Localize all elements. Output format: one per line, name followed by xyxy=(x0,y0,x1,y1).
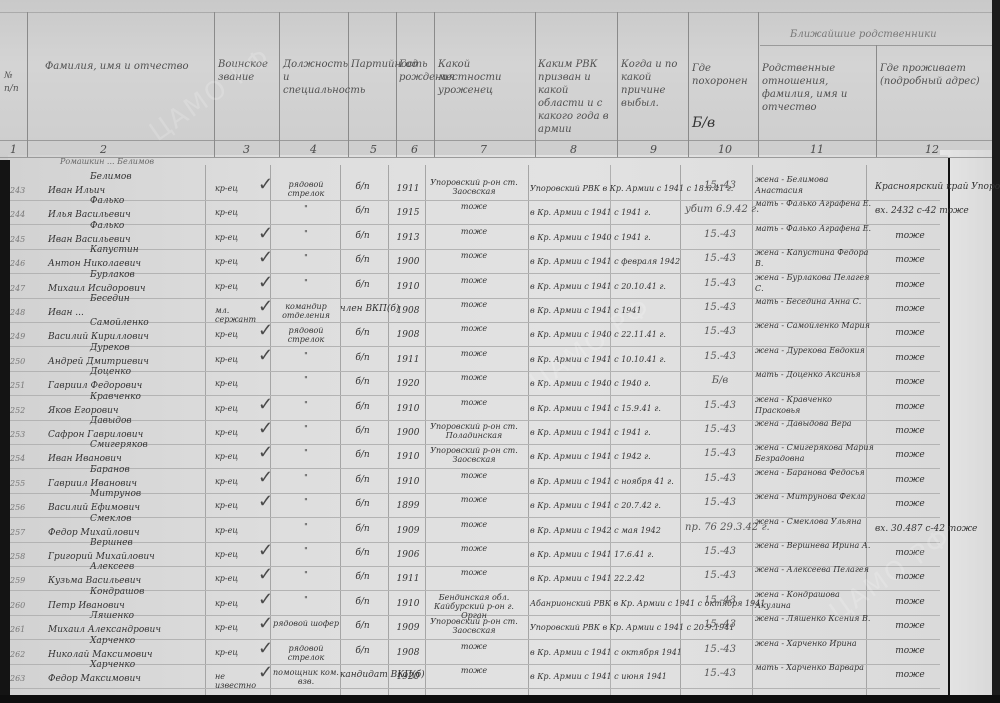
address: тоже xyxy=(875,621,945,631)
row-number: 251 xyxy=(10,381,44,390)
date-and-reason-of-loss: Б/в xyxy=(685,375,755,386)
surname: Смигеряков xyxy=(90,440,148,450)
birthplace: тоже xyxy=(420,324,528,333)
birthplace: тоже xyxy=(420,495,528,504)
next-of-kin: жена - Харченко Ирина xyxy=(755,638,875,649)
address: тоже xyxy=(875,450,945,460)
birthplace: тоже xyxy=(420,568,528,577)
given-name-patronymic: Иван Иванович xyxy=(48,454,122,464)
address: тоже xyxy=(875,402,945,412)
birthplace: тоже xyxy=(420,300,528,309)
conscription-info: Упоровский РВК в Кр. Армии с 1941 с 18.6… xyxy=(530,184,680,193)
position: " xyxy=(272,278,340,287)
checkmark: ✓ xyxy=(258,320,273,341)
col-8-header: Каким РВК призван и какой области и с ка… xyxy=(538,58,616,136)
date-and-reason-of-loss: 15.-43 xyxy=(685,668,755,679)
birthplace: Бендинская обл. Кайбурский р-он г. Орган xyxy=(420,593,528,620)
checkmark: ✓ xyxy=(258,564,273,585)
row-number: 263 xyxy=(10,674,44,683)
military-rank: кр-ец xyxy=(215,477,263,486)
birthplace: тоже xyxy=(420,276,528,285)
checkmark: ✓ xyxy=(258,223,273,244)
col-divider xyxy=(27,12,28,157)
surname: Капустин xyxy=(90,245,139,255)
address: тоже xyxy=(875,670,945,680)
row-number: 253 xyxy=(10,430,44,439)
row-number: 259 xyxy=(10,576,44,585)
given-name-patronymic: Гавриил Иванович xyxy=(48,479,137,489)
date-and-reason-of-loss: 15.-43 xyxy=(685,278,755,289)
checkmark: ✓ xyxy=(258,418,273,439)
row-divider xyxy=(10,688,940,689)
military-rank: кр-ец xyxy=(215,648,263,657)
given-name-patronymic: Василий Кириллович xyxy=(48,332,149,342)
position: " xyxy=(272,351,340,360)
conscription-info: в Кр. Армии с 1941 с 1942 г. xyxy=(530,452,680,461)
party-membership: б/п xyxy=(340,255,385,265)
position: " xyxy=(272,253,340,262)
row-number: 257 xyxy=(10,528,44,537)
conscription-info: в Кр. Армии с 1941 с 1941 xyxy=(530,306,680,315)
party-membership: б/п xyxy=(340,280,385,290)
checkmark: ✓ xyxy=(258,467,273,488)
col-divider xyxy=(434,12,435,157)
address: тоже xyxy=(875,426,945,436)
date-and-reason-of-loss: 15.-43 xyxy=(685,448,755,459)
conscription-info: в Кр. Армии с 1941 22.2.42 xyxy=(530,574,680,583)
surname: Харченко xyxy=(90,636,135,646)
party-membership: б/п xyxy=(340,646,385,656)
col-divider xyxy=(396,12,397,157)
row-number: 244 xyxy=(10,210,44,219)
col-2-header: Фамилия, имя и отчество xyxy=(45,60,205,73)
surname: Фалько xyxy=(90,196,124,206)
col-4-header: Должность и специальность xyxy=(283,58,347,97)
conscription-info: в Кр. Армии с 1942 с мая 1942 xyxy=(530,526,680,535)
given-name-patronymic: Иван Васильевич xyxy=(48,235,131,245)
given-name-patronymic: Иван Ильич xyxy=(48,186,105,196)
next-of-kin: мать - Фалько Аграфена Е. xyxy=(755,223,875,234)
party-membership: б/п xyxy=(340,621,385,631)
checkmark: ✓ xyxy=(258,174,273,195)
col-10-header-note: Б/в xyxy=(692,115,715,131)
checkmark: ✓ xyxy=(258,662,273,683)
col-number: 10 xyxy=(718,143,732,156)
party-membership: б/п xyxy=(340,206,385,216)
conscription-info: в Кр. Армии с 1941 с 20.10.41 г. xyxy=(530,282,680,291)
next-of-kin: жена - Смигерякова Мария Безрадовна xyxy=(755,442,875,464)
row-number: 245 xyxy=(10,235,44,244)
col-divider xyxy=(758,12,759,157)
conscription-info: в Кр. Армии с 1941 17.6.41 г. xyxy=(530,550,680,559)
next-of-kin: жена - Баранова Федосья xyxy=(755,467,875,478)
checkmark: ✓ xyxy=(258,394,273,415)
conscription-info: в Кр. Армии с 1941 с 20.7.42 г. xyxy=(530,501,680,510)
top-row-fragment: Ромашкин ... Белимов xyxy=(60,157,154,166)
surname: Беседин xyxy=(90,294,130,304)
birthplace: тоже xyxy=(420,373,528,382)
birthplace: Упоровский р-он ст. Заосвская xyxy=(420,178,528,196)
party-membership: член ВКП(б) xyxy=(340,304,385,314)
col-number: 5 xyxy=(370,143,377,156)
birthplace: тоже xyxy=(420,251,528,260)
military-rank: кр-ец xyxy=(215,233,263,242)
col-divider xyxy=(617,12,618,157)
military-rank: кр-ец xyxy=(215,330,263,339)
position: рядовой стрелок xyxy=(272,180,340,198)
row-number: 256 xyxy=(10,503,44,512)
position: " xyxy=(272,448,340,457)
row-number: 254 xyxy=(10,454,44,463)
position: " xyxy=(272,595,340,604)
party-membership: б/п xyxy=(340,450,385,460)
next-of-kin: мать - Доценко Аксинья xyxy=(755,369,875,380)
birthplace: тоже xyxy=(420,349,528,358)
next-of-kin: жена - Дурекова Евдокия xyxy=(755,345,875,356)
surname: Смеклов xyxy=(90,514,131,524)
col-number: 6 xyxy=(411,143,418,156)
table-row: 263ХарченкоФедор Максимовичне известно✓п… xyxy=(10,666,940,690)
party-membership: б/п xyxy=(340,597,385,607)
party-membership: б/п xyxy=(340,548,385,558)
row-number: 243 xyxy=(10,186,44,195)
given-name-patronymic: Сафрон Гаврилович xyxy=(48,430,143,440)
address: тоже xyxy=(875,231,945,241)
col-divider xyxy=(279,12,280,157)
military-rank: кр-ец xyxy=(215,404,263,413)
surname: Самойленко xyxy=(90,318,149,328)
party-membership: б/п xyxy=(340,402,385,412)
conscription-info: Абанрионский РВК в Кр. Армии с 1941 с ок… xyxy=(530,599,680,608)
next-of-kin: жена - Давыдова Вера xyxy=(755,418,875,429)
row-number: 261 xyxy=(10,625,44,634)
checkmark: ✓ xyxy=(258,272,273,293)
conscription-info: в Кр. Армии с 1941 с октября 1941 xyxy=(530,648,680,657)
checkmark: ✓ xyxy=(258,345,273,366)
military-rank: кр-ец xyxy=(215,452,263,461)
birthplace: тоже xyxy=(420,544,528,553)
military-rank: кр-ец xyxy=(215,623,263,632)
group-label-relatives: Ближайшие родственники xyxy=(790,28,980,41)
row-number: 252 xyxy=(10,406,44,415)
row-number: 260 xyxy=(10,601,44,610)
given-name-patronymic: Яков Егорович xyxy=(48,406,119,416)
position: " xyxy=(272,522,340,531)
checkmark: ✓ xyxy=(258,589,273,610)
birthplace: тоже xyxy=(420,642,528,651)
row-number: 247 xyxy=(10,284,44,293)
military-rank: кр-ец xyxy=(215,257,263,266)
address: тоже xyxy=(875,475,945,485)
surname: Дуреков xyxy=(90,343,130,353)
col-number: 8 xyxy=(570,143,577,156)
date-and-reason-of-loss: 15.-43 xyxy=(685,497,755,508)
position: рядовой стрелок xyxy=(272,644,340,662)
address: тоже xyxy=(875,304,945,314)
conscription-info: в Кр. Армии с 1941 с 15.9.41 г. xyxy=(530,404,680,413)
military-rank: кр-ец xyxy=(215,526,263,535)
position: рядовой шофер xyxy=(272,619,340,628)
party-membership: б/п xyxy=(340,499,385,509)
date-and-reason-of-loss: 15.-43 xyxy=(685,570,755,581)
surname: Ляшенко xyxy=(90,611,134,621)
given-name-patronymic: Михаил Александрович xyxy=(48,625,161,635)
col-divider xyxy=(688,12,689,157)
surname: Митрунов xyxy=(90,489,141,499)
address: тоже xyxy=(875,646,945,656)
date-and-reason-of-loss: 15.-43 xyxy=(685,644,755,655)
given-name-patronymic: Антон Николаевич xyxy=(48,259,141,269)
given-name-patronymic: Федор Михайлович xyxy=(48,528,140,538)
address: тоже xyxy=(875,328,945,338)
next-of-kin: жена - Алексеева Пелагея xyxy=(755,564,875,575)
conscription-info: в Кр. Армии с 1941 с июня 1941 xyxy=(530,672,680,681)
birthplace: тоже xyxy=(420,227,528,236)
surname: Давыдов xyxy=(90,416,132,426)
col-number: 12 xyxy=(925,143,939,156)
surname: Алексеев xyxy=(90,562,134,572)
date-and-reason-of-loss: 15.-43 xyxy=(685,180,755,191)
next-of-kin: мать - Фалько Аграфена Е. xyxy=(755,198,875,209)
surname: Белимов xyxy=(90,172,132,182)
address: тоже xyxy=(875,377,945,387)
date-and-reason-of-loss: 15.-43 xyxy=(685,302,755,313)
military-rank: мл. сержант xyxy=(215,306,263,324)
military-rank: кр-ец xyxy=(215,574,263,583)
next-of-kin: жена - Самойленко Мария xyxy=(755,320,875,331)
birthplace: Упоровский р-он ст. Заосвская xyxy=(420,446,528,464)
birthplace: Упоровский р-он ст. Заосвская xyxy=(420,617,528,635)
given-name-patronymic: Кузьма Васильевич xyxy=(48,576,141,586)
surname: Фалько xyxy=(90,221,124,231)
surname: Кравченко xyxy=(90,392,141,402)
address: тоже xyxy=(875,499,945,509)
next-of-kin: мать - Беседина Анна С. xyxy=(755,296,875,307)
date-and-reason-of-loss: 15.-43 xyxy=(685,473,755,484)
conscription-info: в Кр. Армии с 1941 с 1941 г. xyxy=(530,428,680,437)
row-number: 248 xyxy=(10,308,44,317)
military-rank: кр-ец xyxy=(215,208,263,217)
party-membership: б/п xyxy=(340,231,385,241)
party-membership: б/п xyxy=(340,353,385,363)
next-of-kin: жена - Бурлакова Пелагея С. xyxy=(755,272,875,294)
party-membership: б/п xyxy=(340,572,385,582)
position: командир отделения xyxy=(272,302,340,320)
conscription-info: в Кр. Армии с 1940 с 1941 г. xyxy=(530,233,680,242)
row-number: 249 xyxy=(10,332,44,341)
checkmark: ✓ xyxy=(258,442,273,463)
position: " xyxy=(272,229,340,238)
conscription-info: в Кр. Армии с 1941 с февраля 1942 xyxy=(530,257,680,266)
next-of-kin: жена - Смеклова Ульяна xyxy=(755,516,875,527)
date-and-reason-of-loss: убит 6.9.42 г. xyxy=(685,204,755,215)
military-rank: не известно xyxy=(215,672,263,690)
surname: Кондрашов xyxy=(90,587,144,597)
birthplace: тоже xyxy=(420,666,528,675)
checkmark: ✓ xyxy=(258,540,273,561)
col-number: 1 xyxy=(10,143,17,156)
given-name-patronymic: Гавриил Федорович xyxy=(48,381,142,391)
birthplace: тоже xyxy=(420,520,528,529)
position: " xyxy=(272,497,340,506)
given-name-patronymic: Андрей Дмитриевич xyxy=(48,357,149,367)
date-and-reason-of-loss: 15.-43 xyxy=(685,424,755,435)
row-number: 255 xyxy=(10,479,44,488)
birthplace: тоже xyxy=(420,202,528,211)
party-membership: б/п xyxy=(340,426,385,436)
given-name-patronymic: Илья Васильевич xyxy=(48,210,131,220)
surname: Доценко xyxy=(90,367,131,377)
checkmark: ✓ xyxy=(258,296,273,317)
col-divider xyxy=(535,12,536,157)
given-name-patronymic: Михаил Исидорович xyxy=(48,284,145,294)
given-name-patronymic: Иван ... xyxy=(48,308,84,318)
military-rank: кр-ец xyxy=(215,379,263,388)
conscription-info: Упоровский РВК в Кр. Армии с 1941 с 20.9… xyxy=(530,623,680,632)
col-1-header: № п/п xyxy=(4,70,24,96)
date-and-reason-of-loss: 15.-43 xyxy=(685,619,755,630)
checkmark: ✓ xyxy=(258,247,273,268)
date-and-reason-of-loss: 15.-43 xyxy=(685,351,755,362)
position: " xyxy=(272,375,340,384)
position: рядовой стрелок xyxy=(272,326,340,344)
next-of-kin: жена - Белимова Анастасия xyxy=(755,174,875,196)
address: Красноярский край Упоровский ст. Заосвск… xyxy=(875,182,945,192)
military-rank: кр-ец xyxy=(215,501,263,510)
next-of-kin: жена - Вершнева Ирина А. xyxy=(755,540,875,551)
surname: Вершнев xyxy=(90,538,133,548)
party-membership: кандидат ВКП(б) xyxy=(340,670,385,680)
col-9-header: Когда и по какой причине выбыл. xyxy=(621,58,687,110)
position: помощник ком. взв. xyxy=(272,668,340,686)
date-and-reason-of-loss: 15.-43 xyxy=(685,400,755,411)
surname: Харченко xyxy=(90,660,135,670)
col-number: 3 xyxy=(243,143,250,156)
date-and-reason-of-loss: 15.-43 xyxy=(685,253,755,264)
party-membership: б/п xyxy=(340,328,385,338)
military-rank: кр-ец xyxy=(215,428,263,437)
date-and-reason-of-loss: 15.-43 xyxy=(685,595,755,606)
col-12-header: Где проживает (подробный адрес) xyxy=(880,62,980,88)
scan-edge-left xyxy=(0,160,10,703)
checkmark: ✓ xyxy=(258,491,273,512)
military-rank: кр-ец xyxy=(215,282,263,291)
given-name-patronymic: Федор Максимович xyxy=(48,674,141,684)
next-of-kin: жена - Кравченко Прасковья xyxy=(755,394,875,416)
col-number: 2 xyxy=(100,143,107,156)
checkmark: ✓ xyxy=(258,638,273,659)
birthplace: тоже xyxy=(420,398,528,407)
address: тоже xyxy=(875,597,945,607)
header-top-line xyxy=(0,12,992,13)
date-and-reason-of-loss: пр. 76 29.3.42 г. xyxy=(685,522,755,533)
military-rank: кр-ец xyxy=(215,184,263,193)
birthplace: Упоровский р-он ст. Поладинская xyxy=(420,422,528,440)
surname: Бурлаков xyxy=(90,270,135,280)
checkmark: ✓ xyxy=(258,613,273,634)
party-membership: б/п xyxy=(340,475,385,485)
col-11-header: Родственные отношения, фамилия, имя и от… xyxy=(762,62,874,114)
row-number: 262 xyxy=(10,650,44,659)
military-rank: кр-ец xyxy=(215,355,263,364)
given-name-patronymic: Григорий Михайлович xyxy=(48,552,155,562)
date-and-reason-of-loss: 15.-43 xyxy=(685,229,755,240)
address: тоже xyxy=(875,353,945,363)
row-number: 258 xyxy=(10,552,44,561)
position: " xyxy=(272,570,340,579)
military-rank: кр-ец xyxy=(215,550,263,559)
col-divider xyxy=(876,45,877,157)
address: тоже xyxy=(875,255,945,265)
party-membership: б/п xyxy=(340,524,385,534)
date-and-reason-of-loss: 15.-43 xyxy=(685,326,755,337)
col-number: 4 xyxy=(310,143,317,156)
conscription-info: в Кр. Армии с 1941 с ноября 41 г. xyxy=(530,477,680,486)
next-of-kin: жена - Митрунова Фекла xyxy=(755,491,875,502)
position: " xyxy=(272,400,340,409)
row-number: 250 xyxy=(10,357,44,366)
position: " xyxy=(272,546,340,555)
address: вх. 2432 с-42 тоже xyxy=(875,206,945,216)
birthplace: тоже xyxy=(420,471,528,480)
given-name-patronymic: Василий Ефимович xyxy=(48,503,140,513)
position: " xyxy=(272,424,340,433)
given-name-patronymic: Петр Иванович xyxy=(48,601,125,611)
row-number: 246 xyxy=(10,259,44,268)
party-membership: б/п xyxy=(340,377,385,387)
col-7-header: Какой местности уроженец xyxy=(438,58,533,97)
position: " xyxy=(272,473,340,482)
col-number: 9 xyxy=(650,143,657,156)
next-of-kin: мать - Харченко Варвара xyxy=(755,662,875,673)
col-number: 7 xyxy=(480,143,487,156)
address: тоже xyxy=(875,280,945,290)
surname: Баранов xyxy=(90,465,130,475)
scan-edge-bottom xyxy=(0,695,1000,703)
conscription-info: в Кр. Армии с 1941 с 1941 г. xyxy=(530,208,680,217)
col-5-header: Партийность xyxy=(351,58,395,71)
col-6-header: Год рождения xyxy=(399,58,433,84)
col-number: 11 xyxy=(810,143,824,156)
position: " xyxy=(272,204,340,213)
date-and-reason-of-loss: 15.-43 xyxy=(685,546,755,557)
col-10-header: Где похоронен xyxy=(692,62,756,88)
given-name-patronymic: Николай Максимович xyxy=(48,650,153,660)
header-bottom-line xyxy=(0,140,992,141)
party-membership: б/п xyxy=(340,182,385,192)
next-of-kin: жена - Капустина Федора В. xyxy=(755,247,875,269)
military-rank: кр-ец xyxy=(215,599,263,608)
